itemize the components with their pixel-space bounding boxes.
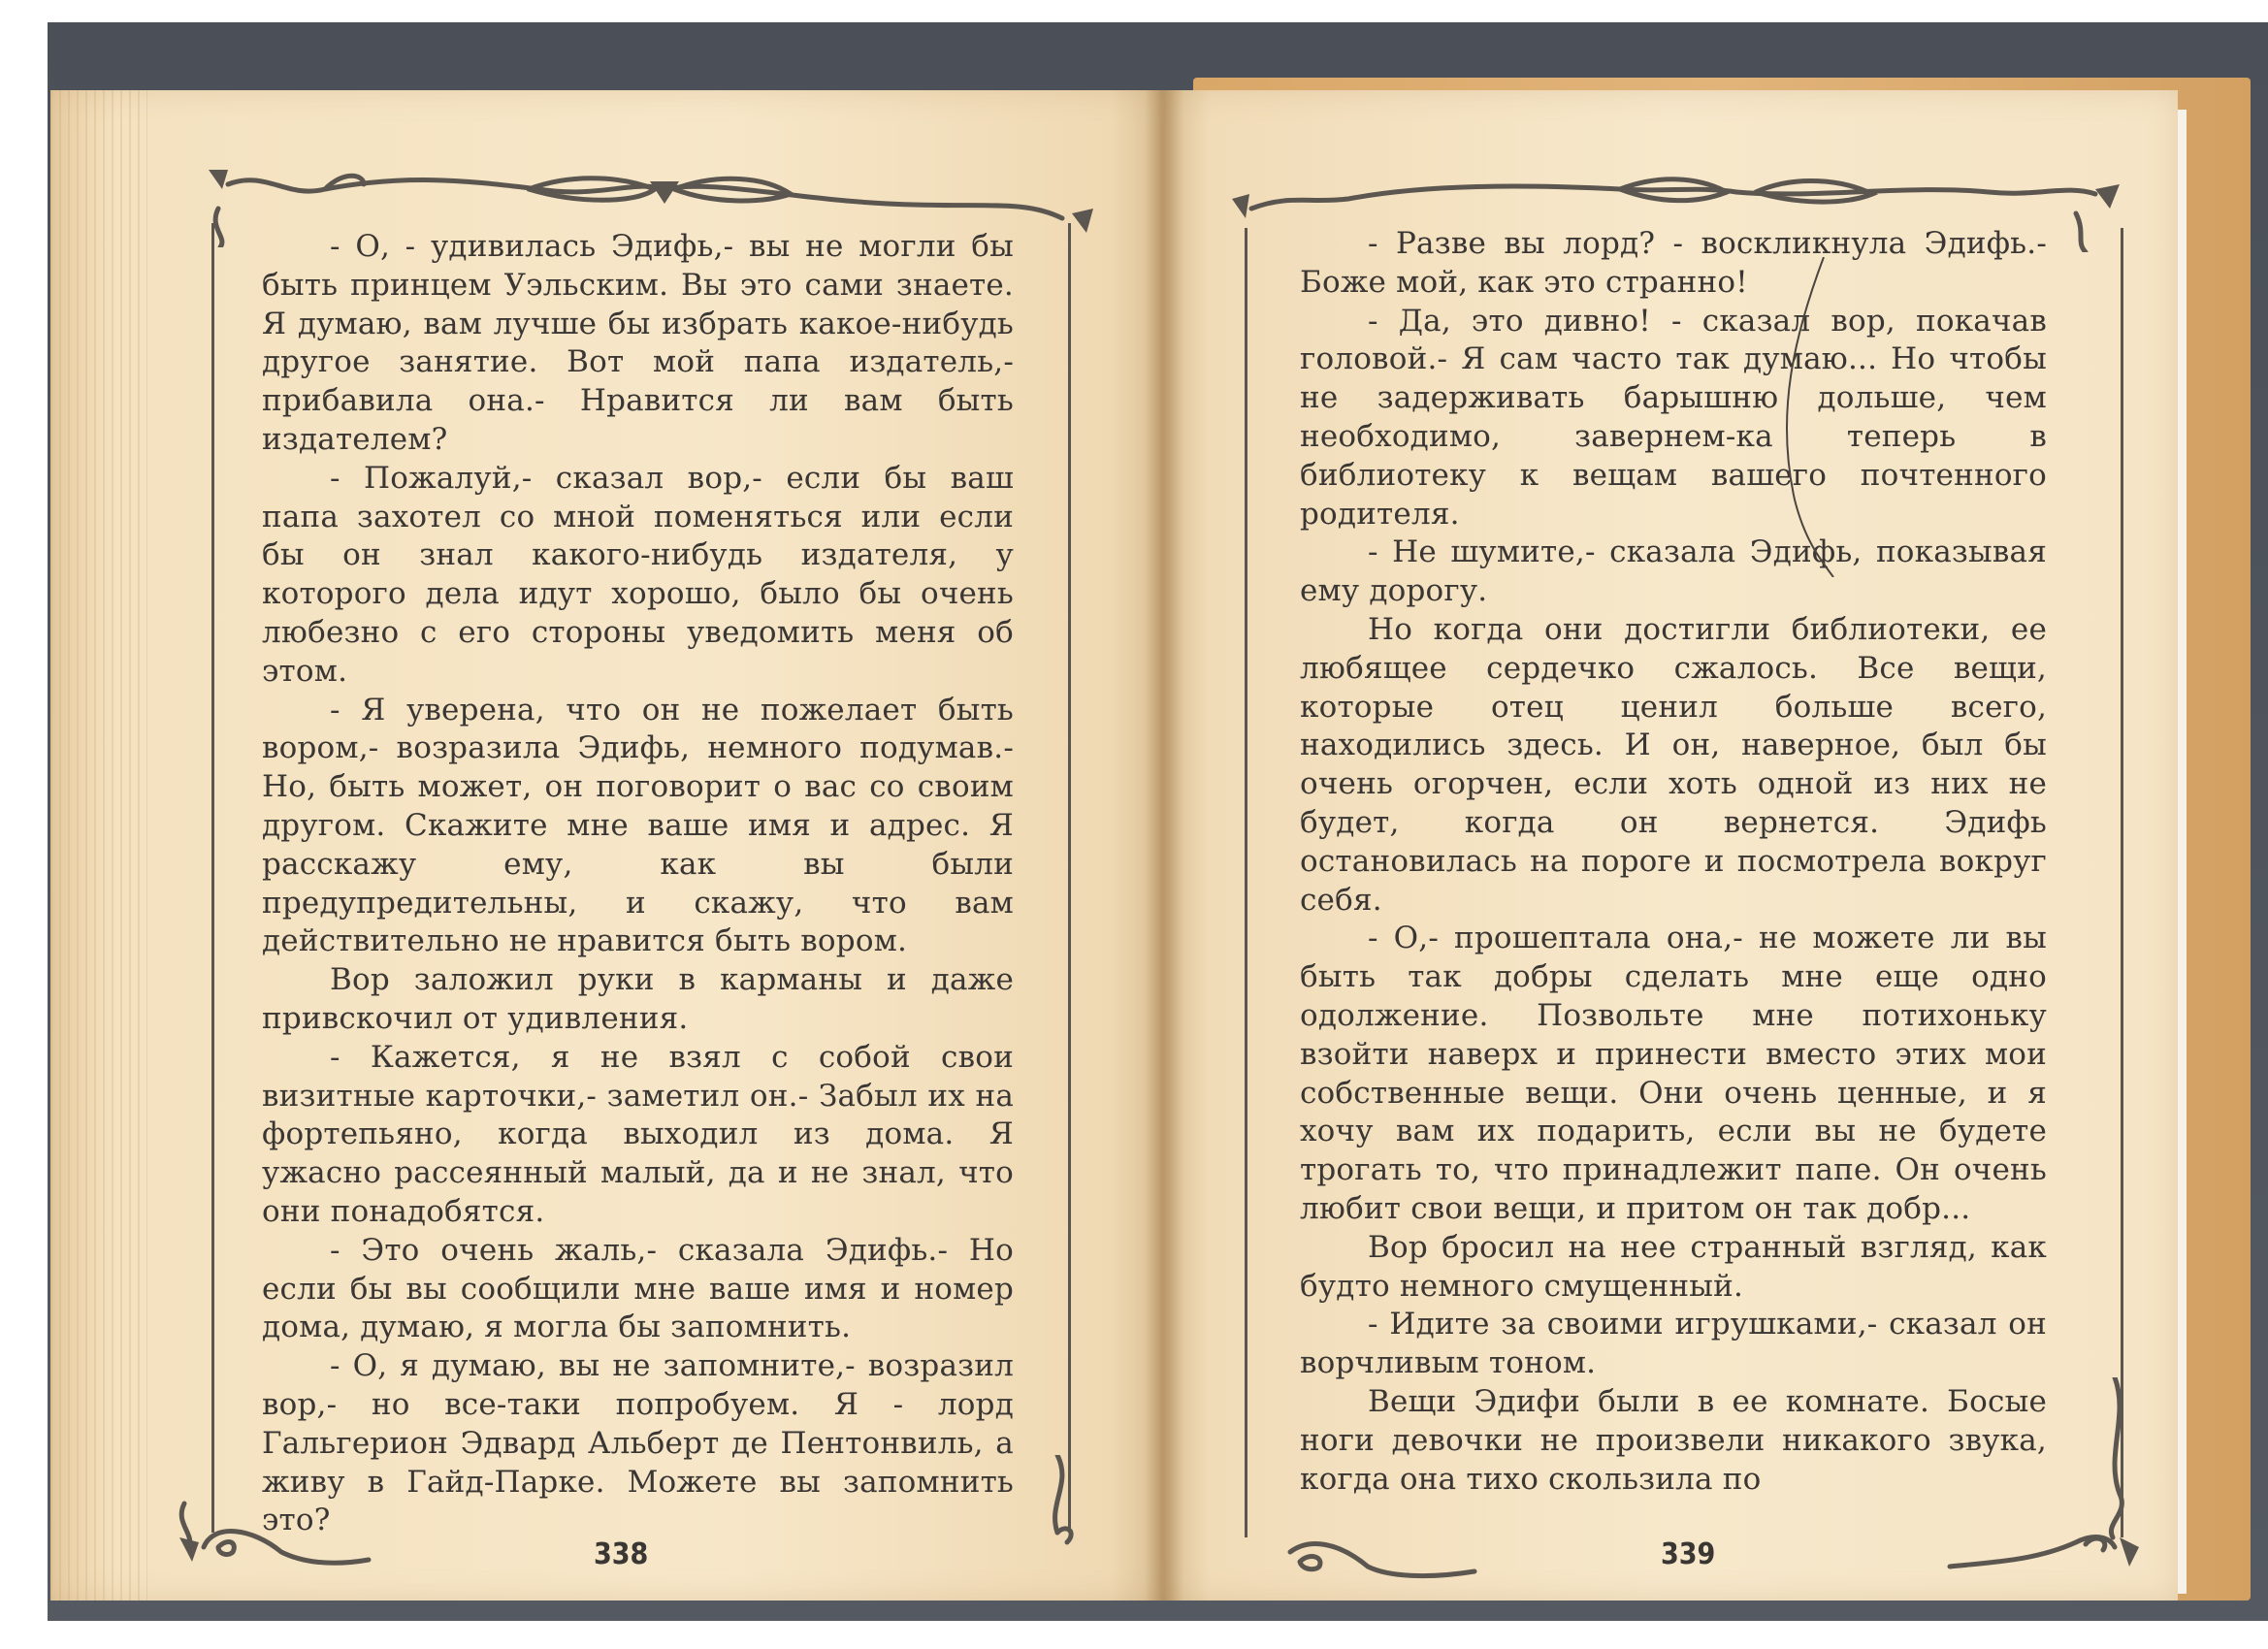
right-page-number: 339	[1661, 1537, 1715, 1571]
paragraph: Вор заложил руки в карманы и даже привск…	[262, 961, 1014, 1039]
page-stack-edge	[50, 90, 147, 1600]
left-page-number: 338	[594, 1537, 648, 1571]
paragraph: - О, я думаю, вы не запомните,- возразил…	[262, 1347, 1014, 1540]
right-page-text: - Разве вы лорд? - воскликнула Эдифь.- Б…	[1300, 225, 2047, 1499]
paragraph: - Кажется, я не взял с собой свои визитн…	[262, 1039, 1014, 1232]
paragraph: - Разве вы лорд? - воскликнула Эдифь.- Б…	[1300, 225, 2047, 303]
pencil-mark-icon	[1766, 257, 1843, 577]
paragraph: Вор бросил на нее странный взгляд, как б…	[1300, 1229, 2047, 1307]
left-bottom-right-ornament-icon	[1019, 1455, 1086, 1552]
paragraph: - Пожалуй,- сказал вор,- если бы ваш пап…	[262, 460, 1014, 692]
paragraph: - Это очень жаль,- сказала Эдифь.- Но ес…	[262, 1232, 1014, 1347]
paragraph: - Не шумите,- сказала Эдифь, показывая е…	[1300, 533, 2047, 611]
left-page-text: - О, - удивилась Эдифь,- вы не могли бы …	[262, 228, 1014, 1540]
paragraph: - О, - удивилась Эдифь,- вы не могли бы …	[262, 228, 1014, 460]
book-gutter	[1145, 90, 1183, 1600]
right-bottom-ornament-icon	[1280, 1533, 1494, 1591]
paragraph: - Я уверена, что он не пожелает быть вор…	[262, 692, 1014, 962]
paragraph: - Да, это дивно! - сказал вор, покачав г…	[1300, 303, 2047, 534]
paragraph: Вещи Эдифи были в ее комнате. Босые ноги…	[1300, 1383, 2047, 1499]
paragraph: - О,- прошептала она,- не можете ли вы б…	[1300, 920, 2047, 1228]
paragraph: - Идите за своими игрушками,- сказал он …	[1300, 1306, 2047, 1383]
paragraph: Но когда они достигли библиотеки, ее люб…	[1300, 611, 2047, 920]
